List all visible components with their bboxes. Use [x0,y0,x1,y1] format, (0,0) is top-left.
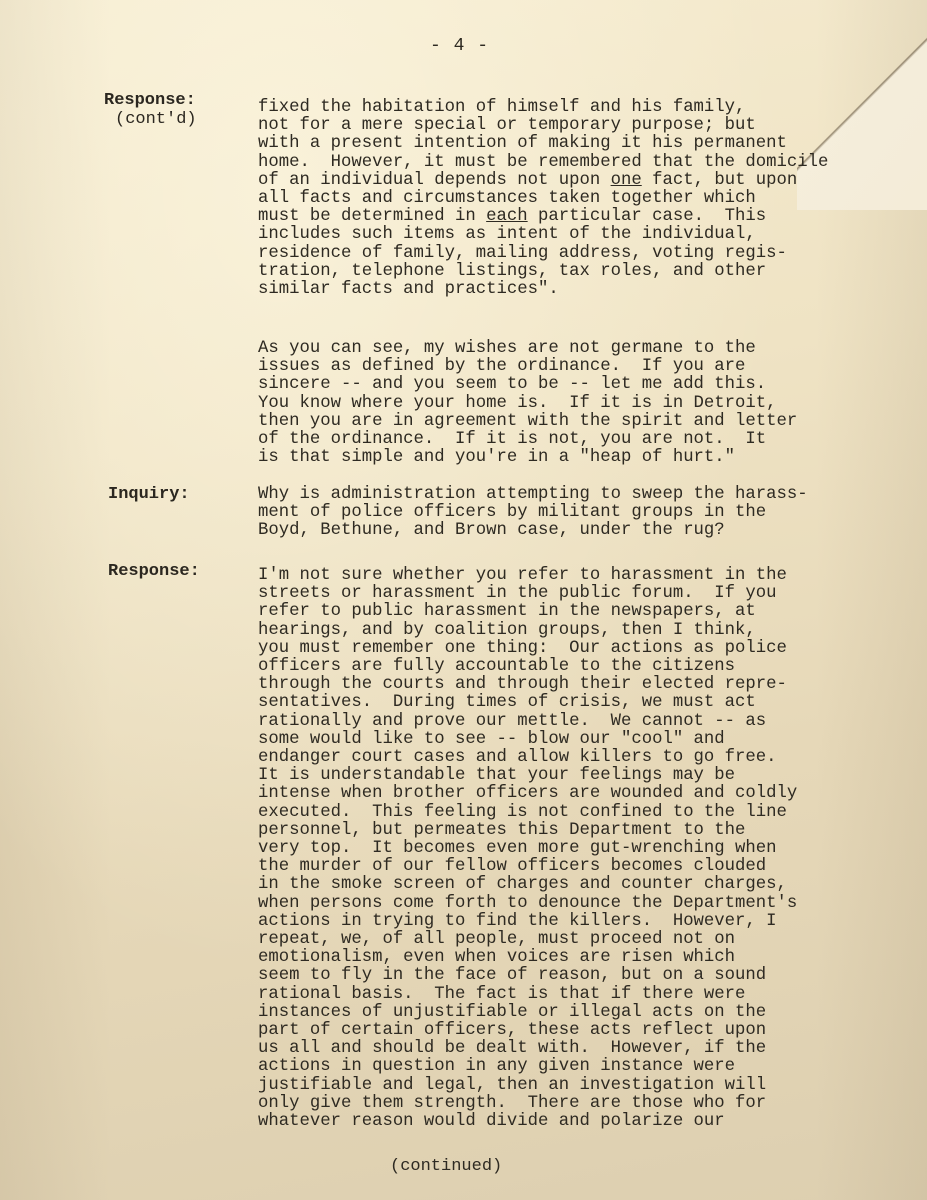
continued-sublabel: (cont'd) [115,111,197,129]
text-line: rational basis. The fact is that if ther… [258,986,898,1004]
text-line: similar facts and practices". [258,281,898,299]
underlined-word: one [611,171,642,190]
continued-footer: (continued) [390,1157,502,1176]
text-line: is that simple and you're in a "heap of … [258,449,898,467]
response-continued-paragraph-2: As you can see, my wishes are not german… [258,340,898,467]
text-line: residence of family, mailing address, vo… [258,245,898,263]
text-line: ment of police officers by militant grou… [258,504,898,522]
text-line: justifiable and legal, then an investiga… [258,1077,898,1095]
text-line: repeat, we, of all people, must proceed … [258,931,898,949]
text-line: executed. This feeling is not confined t… [258,804,898,822]
text-line: sentatives. During times of crisis, we m… [258,694,898,712]
text-line: As you can see, my wishes are not german… [258,340,898,358]
text-line: seem to fly in the face of reason, but o… [258,967,898,985]
text-line: whatever reason would divide and polariz… [258,1113,898,1131]
text-line: us all and should be dealt with. However… [258,1040,898,1058]
response-label: Response: [104,92,196,110]
text-line: rationally and prove our mettle. We cann… [258,713,898,731]
text-line: issues as defined by the ordinance. If y… [258,358,898,376]
text-line: you must remember one thing: Our actions… [258,640,898,658]
text-line: not for a mere special or temporary purp… [258,117,898,135]
text-line: some would like to see -- blow our "cool… [258,731,898,749]
text-line: then you are in agreement with the spiri… [258,413,898,431]
text-line: only give them strength. There are those… [258,1095,898,1113]
text-line: You know where your home is. If it is in… [258,395,898,413]
response-label-2: Response: [108,563,200,581]
text-line: It is understandable that your feelings … [258,767,898,785]
text-line: tration, telephone listings, tax roles, … [258,263,898,281]
text-line: actions in question in any given instanc… [258,1058,898,1076]
text-line: emotionalism, even when voices are risen… [258,949,898,967]
text-line: actions in trying to find the killers. H… [258,913,898,931]
text-line: the murder of our fellow officers become… [258,858,898,876]
text-line: when persons come forth to denounce the … [258,895,898,913]
text-line: intense when brother officers are wounde… [258,785,898,803]
text-line: part of certain officers, these acts ref… [258,1022,898,1040]
underlined-word: each [486,207,527,226]
text-line: Why is administration attempting to swee… [258,486,898,504]
text-line: with a present intention of making it hi… [258,135,898,153]
text-line: sincere -- and you seem to be -- let me … [258,376,898,394]
text-line: fixed the habitation of himself and his … [258,99,898,117]
page-number: - 4 - [430,36,489,56]
text-line: hearings, and by coalition groups, then … [258,622,898,640]
text-line: in the smoke screen of charges and count… [258,876,898,894]
text-line: personnel, but permeates this Department… [258,822,898,840]
text-line: streets or harassment in the public foru… [258,585,898,603]
inquiry-paragraph: Why is administration attempting to swee… [258,486,898,541]
text-line: all facts and circumstances taken togeth… [258,190,898,208]
inquiry-label: Inquiry: [108,486,190,504]
text-line: of an individual depends not upon one fa… [258,172,898,190]
typewritten-page: - 4 - Response: (cont'd) fixed the habit… [0,0,927,1200]
text-line: through the courts and through their ele… [258,676,898,694]
response-continued-paragraph-1: fixed the habitation of himself and his … [258,99,898,299]
text-line: Boyd, Bethune, and Brown case, under the… [258,522,898,540]
text-line: instances of unjustifiable or illegal ac… [258,1004,898,1022]
text-line: I'm not sure whether you refer to harass… [258,567,898,585]
text-line: of the ordinance. If it is not, you are … [258,431,898,449]
response-paragraph: I'm not sure whether you refer to harass… [258,567,898,1131]
text-line: officers are fully accountable to the ci… [258,658,898,676]
text-line: must be determined in each particular ca… [258,208,898,226]
text-line: endanger court cases and allow killers t… [258,749,898,767]
text-line: very top. It becomes even more gut-wrenc… [258,840,898,858]
text-line: refer to public harassment in the newspa… [258,603,898,621]
text-line: home. However, it must be remembered tha… [258,154,898,172]
text-line: includes such items as intent of the ind… [258,226,898,244]
